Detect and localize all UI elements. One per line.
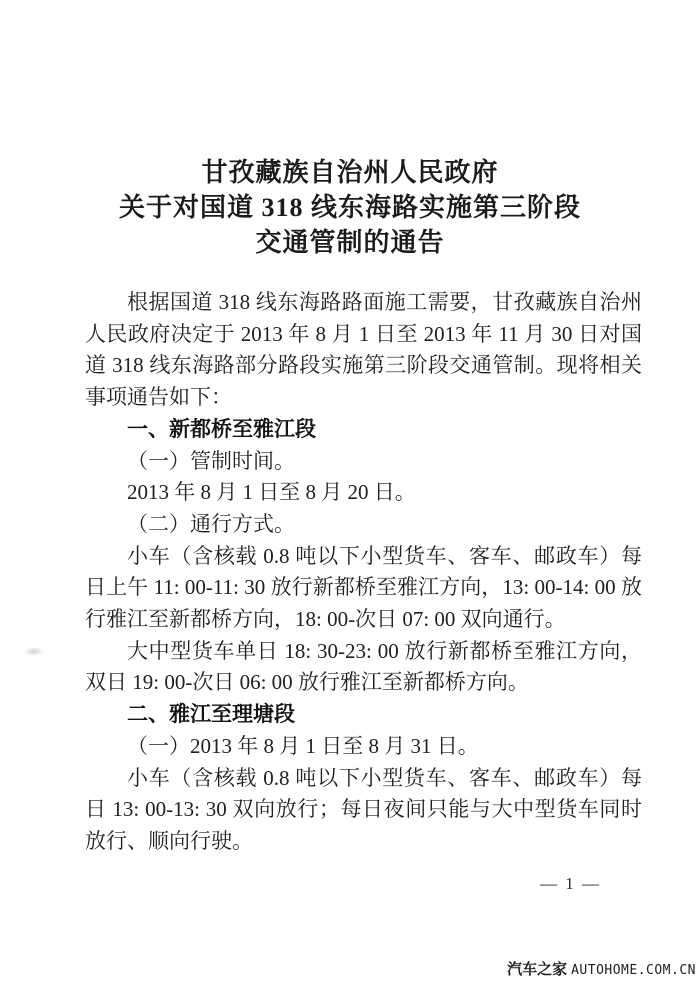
section-1-small-vehicles: 小车（含核载 0.8 吨以下小型货车、客车、邮政车）每日上午 11: 00-11… — [85, 541, 642, 636]
title-line-3: 交通管制的通告 — [0, 225, 700, 260]
section-2-heading: 二、雅江至理塘段 — [85, 699, 642, 731]
section-2-control-period: （一）2013 年 8 月 1 日至 8 月 31 日。 — [85, 731, 642, 763]
watermark-site-name: 汽车之家 — [507, 961, 567, 978]
watermark-site-url: AUTOHOME.COM.CN — [571, 963, 696, 978]
section-1-item-1: （一）管制时间。 — [85, 446, 642, 478]
section-1-heading: 一、新都桥至雅江段 — [85, 414, 642, 446]
scanned-notice-page: 甘孜藏族自治州人民政府 关于对国道 318 线东海路实施第三阶段 交通管制的通告… — [0, 0, 700, 984]
section-1-trucks: 大中型货车单日 18: 30-23: 00 放行新都桥至雅江方向，双日 19: … — [85, 636, 642, 699]
page-number: — 1 — — [540, 874, 601, 894]
watermark: 汽车之家 AUTOHOME.COM.CN — [507, 958, 696, 979]
document-body: 根据国道 318 线东海路路面施工需要，甘孜藏族自治州人民政府决定于 2013 … — [85, 287, 642, 858]
document-title: 甘孜藏族自治州人民政府 关于对国道 318 线东海路实施第三阶段 交通管制的通告 — [0, 155, 700, 260]
title-line-2: 关于对国道 318 线东海路实施第三阶段 — [0, 190, 700, 225]
section-1-control-period: 2013 年 8 月 1 日至 8 月 20 日。 — [85, 477, 642, 509]
section-1-item-2: （二）通行方式。 — [85, 509, 642, 541]
scan-smudge — [24, 647, 44, 656]
intro-paragraph: 根据国道 318 线东海路路面施工需要，甘孜藏族自治州人民政府决定于 2013 … — [85, 287, 642, 414]
section-2-small-vehicles: 小车（含核载 0.8 吨以下小型货车、客车、邮政车）每日 13: 00-13: … — [85, 763, 642, 858]
title-line-1: 甘孜藏族自治州人民政府 — [0, 155, 700, 190]
